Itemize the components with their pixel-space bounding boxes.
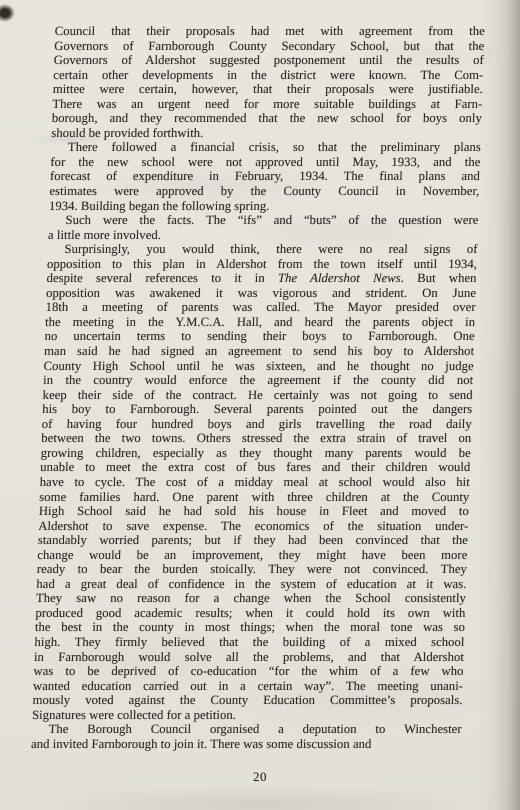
text-line: 1934. Building began the following sprin… <box>49 199 479 214</box>
text-line: There was an urgent need for more suitab… <box>52 97 482 112</box>
text-line: a little more involved. <box>48 228 478 243</box>
text-line: opposition to this plan in Aldershot fro… <box>47 257 477 272</box>
paragraph: The Borough Council organised a deputati… <box>31 722 462 751</box>
text-line: his boy to Farnborough. Several parents … <box>42 402 472 417</box>
text-line: in the country would enforce the agreeme… <box>43 373 473 388</box>
text-line: should be provided forthwith. <box>51 126 481 141</box>
text-line: no uncertain terms to sending their boys… <box>44 329 474 344</box>
text-line: the best in the county in most things; w… <box>35 620 465 635</box>
text-line: Signatures were collected for a petition… <box>32 708 462 723</box>
text-line: Aldershot to save expense. The economics… <box>38 519 468 534</box>
text-line: Governors of Farnborough County Secondar… <box>54 39 484 54</box>
text-line: despite several references to it in The … <box>46 271 476 286</box>
text-line: There followed a financial crisis, so th… <box>51 140 481 155</box>
page-edge-shadow <box>478 0 520 810</box>
text-line: Surprisingly, you would think, there wer… <box>47 242 477 257</box>
text-line: certain other developments in the distri… <box>53 68 483 83</box>
text-line: have to cycle. The cost of a midday meal… <box>40 475 470 490</box>
text-line: man said he had signed an agreement to s… <box>44 344 474 359</box>
text-line: wanted education carried out in a certai… <box>33 679 463 694</box>
text-segment: . But when <box>401 271 477 285</box>
text-line: 18th a meeting of parents was called. Th… <box>45 300 475 315</box>
text-line: had a great deal of confidence in the sy… <box>36 577 466 592</box>
text-line: mously voted against the County Educatio… <box>32 693 462 708</box>
text-line: keep their side of the contract. He cert… <box>42 388 472 403</box>
text-line: growing children, especially as they tho… <box>41 446 471 461</box>
paragraph: Such were the facts. The “ifs” and “buts… <box>48 213 479 242</box>
paragraph: There followed a financial crisis, so th… <box>49 140 481 213</box>
text-line: estimates were approved by the County Co… <box>49 184 479 199</box>
text-line: in Farnborough would solve all the probl… <box>34 650 464 665</box>
page-number: 20 <box>0 769 520 785</box>
text-line: mittee were certain, however, that their… <box>53 82 483 97</box>
text-line: change would be an improvement, they mig… <box>37 548 467 563</box>
text-segment: despite several references to it in <box>46 271 278 285</box>
text-line: between the two towns. Others stressed t… <box>41 431 471 446</box>
text-line: Governors of Aldershot suggested postpon… <box>54 53 484 68</box>
text-line: standably worried parents; but if they h… <box>38 533 468 548</box>
paragraph: Council that their proposals had met wit… <box>51 24 485 140</box>
page-text: Council that their proposals had met wit… <box>31 24 485 751</box>
text-line: the meeting in the Y.M.C.A. Hall, and he… <box>45 315 475 330</box>
text-line: Council that their proposals had met wit… <box>55 24 485 39</box>
text-line: High School said he had sold his house i… <box>39 504 469 519</box>
text-line: Such were the facts. The “ifs” and “buts… <box>48 213 478 228</box>
text-line: unable to meet the extra cost of bus far… <box>40 460 470 475</box>
text-line: borough, and they recommended that the n… <box>52 111 482 126</box>
text-line: forecast of expenditure in February, 193… <box>50 169 480 184</box>
text-line: of having four hundred boys and girls tr… <box>41 417 471 432</box>
text-line: The Borough Council organised a deputati… <box>31 722 461 737</box>
text-line: and invited Farnborough to join it. Ther… <box>31 737 461 752</box>
text-line: ready to bear the burden stoically. They… <box>37 562 467 577</box>
paragraph: Surprisingly, you would think, there wer… <box>32 242 478 722</box>
text-line: high. They firmly believed that the buil… <box>34 635 464 650</box>
text-line: produced good academic results; when it … <box>35 606 465 621</box>
text-line: some families hard. One parent with thre… <box>39 490 469 505</box>
text-line: They saw no reason for a change when the… <box>36 591 466 606</box>
italic-text: The Aldershot News <box>278 271 401 285</box>
text-line: County High School until he was sixteen,… <box>43 359 473 374</box>
text-line: opposition was awakened it was vigorous … <box>46 286 476 301</box>
text-line: was to be deprived of co-education “for … <box>33 664 463 679</box>
text-line: for the new school were not approved unt… <box>50 155 480 170</box>
book-page: Council that their proposals had met wit… <box>0 0 520 810</box>
